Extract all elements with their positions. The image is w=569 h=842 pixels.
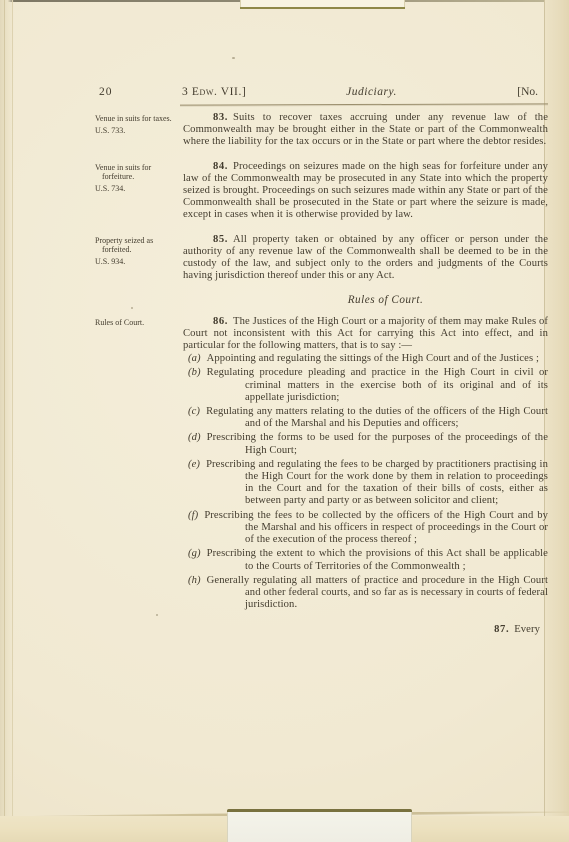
rules-list: (a)Appointing and regulating the sitting… bbox=[183, 353, 548, 611]
item-label: (e) bbox=[188, 459, 200, 470]
item-text: Regulating any matters relating to the d… bbox=[206, 406, 548, 429]
section-number: 86. bbox=[213, 316, 228, 327]
paper-speck bbox=[232, 57, 235, 59]
sidenote-section-84: Venue in suits for forfeiture. U.S. 734. bbox=[95, 163, 177, 194]
act-number-label: [No. bbox=[517, 86, 538, 98]
item-text: Prescribing the forms to be used for the… bbox=[207, 432, 548, 455]
paper-speck bbox=[156, 614, 158, 616]
rules-list-item-e: (e)Prescribing and regulating the fees t… bbox=[245, 459, 548, 508]
page-number: 20 bbox=[99, 86, 113, 98]
section-86: Rules of Court. 86.The Justices of the H… bbox=[183, 316, 548, 353]
running-title: Judiciary. bbox=[195, 86, 548, 98]
item-label: (h) bbox=[188, 575, 201, 586]
sidenote-section-85: Property seized as forfeited. U.S. 934. bbox=[95, 236, 177, 267]
item-label: (d) bbox=[188, 432, 201, 443]
item-label: (c) bbox=[188, 406, 200, 417]
rules-list-item-g: (g)Prescribing the extent to which the p… bbox=[245, 548, 548, 572]
item-text: Regulating procedure pleading and practi… bbox=[207, 367, 548, 402]
sidenote-reference: U.S. 734. bbox=[95, 184, 177, 194]
sidenote-reference: U.S. 733. bbox=[95, 126, 177, 136]
sidenote-text: Venue in suits for taxes. bbox=[95, 114, 177, 124]
catchword: 87.Every bbox=[183, 624, 548, 636]
rules-of-court-heading: Rules of Court. bbox=[183, 294, 548, 306]
section-85: Property seized as forfeited. U.S. 934. … bbox=[183, 234, 548, 283]
paper-speck bbox=[131, 307, 133, 309]
section-text: Proceedings on seizures made on the high… bbox=[183, 161, 548, 221]
left-edge-line bbox=[12, 0, 13, 842]
section-text: Suits to recover taxes accruing under an… bbox=[183, 112, 548, 147]
top-index-tab bbox=[240, 0, 405, 9]
item-text: Appointing and regulating the sittings o… bbox=[207, 353, 539, 364]
rules-list-item-c: (c)Regulating any matters relating to th… bbox=[245, 406, 548, 430]
scanned-document-page: 20 3 Edw. VII.] Judiciary. [No. Venue in… bbox=[0, 0, 569, 842]
rules-list-item-h: (h)Generally regulating all matters of p… bbox=[245, 575, 548, 612]
bottom-index-tab bbox=[227, 809, 412, 842]
item-label: (a) bbox=[188, 353, 201, 364]
section-text: All property taken or obtained by any of… bbox=[183, 234, 548, 282]
rules-list-item-a: (a)Appointing and regulating the sitting… bbox=[245, 353, 548, 365]
item-label: (g) bbox=[188, 548, 201, 559]
item-text: Generally regulating all matters of prac… bbox=[207, 575, 548, 610]
sidenote-text: Property seized as forfeited. bbox=[95, 236, 177, 255]
sidenote-text: Venue in suits for forfeiture. bbox=[95, 163, 177, 182]
sidenote-reference: U.S. 934. bbox=[95, 257, 177, 267]
item-text: Prescribing and regulating the fees to b… bbox=[206, 459, 548, 507]
section-number: 84. bbox=[213, 161, 228, 172]
section-text: The Justices of the High Court or a majo… bbox=[183, 316, 548, 351]
catchword-text: Every bbox=[514, 624, 540, 635]
item-text: Prescribing the fees to be collected by … bbox=[204, 510, 548, 545]
sidenote-section-86: Rules of Court. bbox=[95, 318, 177, 328]
body-text-column: Venue in suits for taxes. U.S. 733. 83.S… bbox=[183, 112, 548, 637]
sidenote-text: Rules of Court. bbox=[95, 318, 177, 328]
section-83: Venue in suits for taxes. U.S. 733. 83.S… bbox=[183, 112, 548, 149]
rules-list-item-b: (b)Regulating procedure pleading and pra… bbox=[245, 367, 548, 404]
catchword-section-number: 87. bbox=[494, 624, 509, 635]
section-84: Venue in suits for forfeiture. U.S. 734.… bbox=[183, 161, 548, 222]
left-edge-line bbox=[4, 0, 5, 842]
section-number: 85. bbox=[213, 234, 228, 245]
item-label: (f) bbox=[188, 510, 198, 521]
item-label: (b) bbox=[188, 367, 201, 378]
sidenote-section-83: Venue in suits for taxes. U.S. 733. bbox=[95, 114, 177, 135]
section-number: 83. bbox=[213, 112, 228, 123]
item-text: Prescribing the extent to which the prov… bbox=[207, 548, 548, 571]
rules-list-item-d: (d)Prescribing the forms to be used for … bbox=[245, 432, 548, 456]
rules-list-item-f: (f)Prescribing the fees to be collected … bbox=[245, 510, 548, 547]
